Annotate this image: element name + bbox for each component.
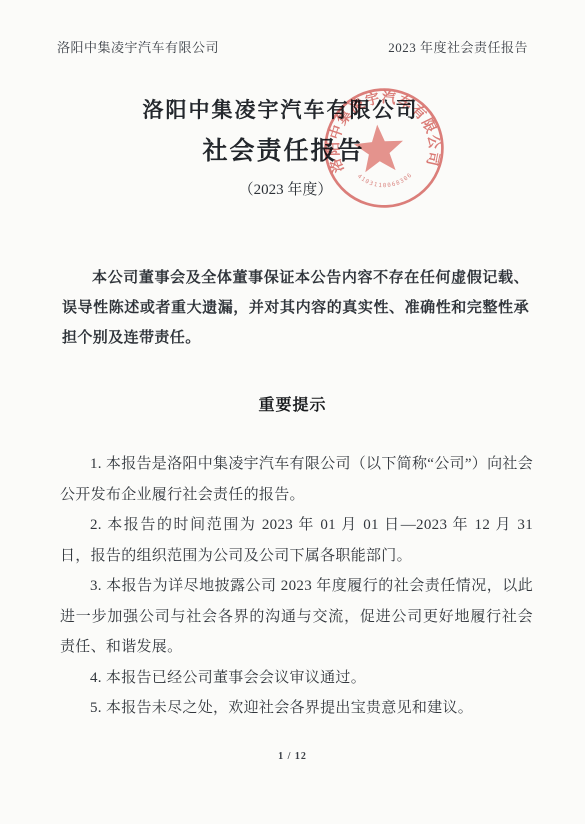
notice-item-4: 4. 本报告已经公司董事会会议审议通过。: [60, 663, 533, 694]
running-header: 洛阳中集凌宇汽车有限公司 2023 年度社会责任报告: [57, 37, 528, 56]
report-page: 洛阳中集凌宇汽车有限公司 2023 年度社会责任报告 洛阳中集凌宇汽车有限公司 …: [0, 0, 585, 824]
notice-item-3: 3. 本报告为详尽地披露公司 2023 年度履行的社会责任情况，以此进一步加强公…: [60, 571, 533, 663]
header-report-name: 2023 年度社会责任报告: [388, 37, 528, 56]
title-report-period: （2023 年度）: [0, 178, 571, 199]
notice-item-1: 1. 本报告是洛阳中集凌宇汽车有限公司（以下简称“公司”）向社会公开发布企业履行…: [60, 449, 533, 510]
board-declaration-paragraph: 本公司董事会及全体董事保证本公告内容不存在任何虚假记载、误导性陈述或者重大遗漏，…: [62, 263, 529, 353]
title-company-name: 洛阳中集凌宇汽车有限公司: [0, 94, 561, 124]
header-company-name: 洛阳中集凌宇汽车有限公司: [57, 37, 219, 56]
notice-item-5: 5. 本报告未尽之处，欢迎社会各界提出宝贵意见和建议。: [60, 693, 533, 724]
notice-list: 1. 本报告是洛阳中集凌宇汽车有限公司（以下简称“公司”）向社会公开发布企业履行…: [60, 449, 533, 724]
section-heading-important-notice: 重要提示: [0, 392, 585, 415]
page-title: 社会责任报告: [0, 131, 567, 167]
page-number: 1 / 12: [0, 751, 585, 762]
notice-item-2: 2. 本报告的时间范围为 2023 年 01 月 01 日—2023 年 12 …: [60, 510, 533, 571]
